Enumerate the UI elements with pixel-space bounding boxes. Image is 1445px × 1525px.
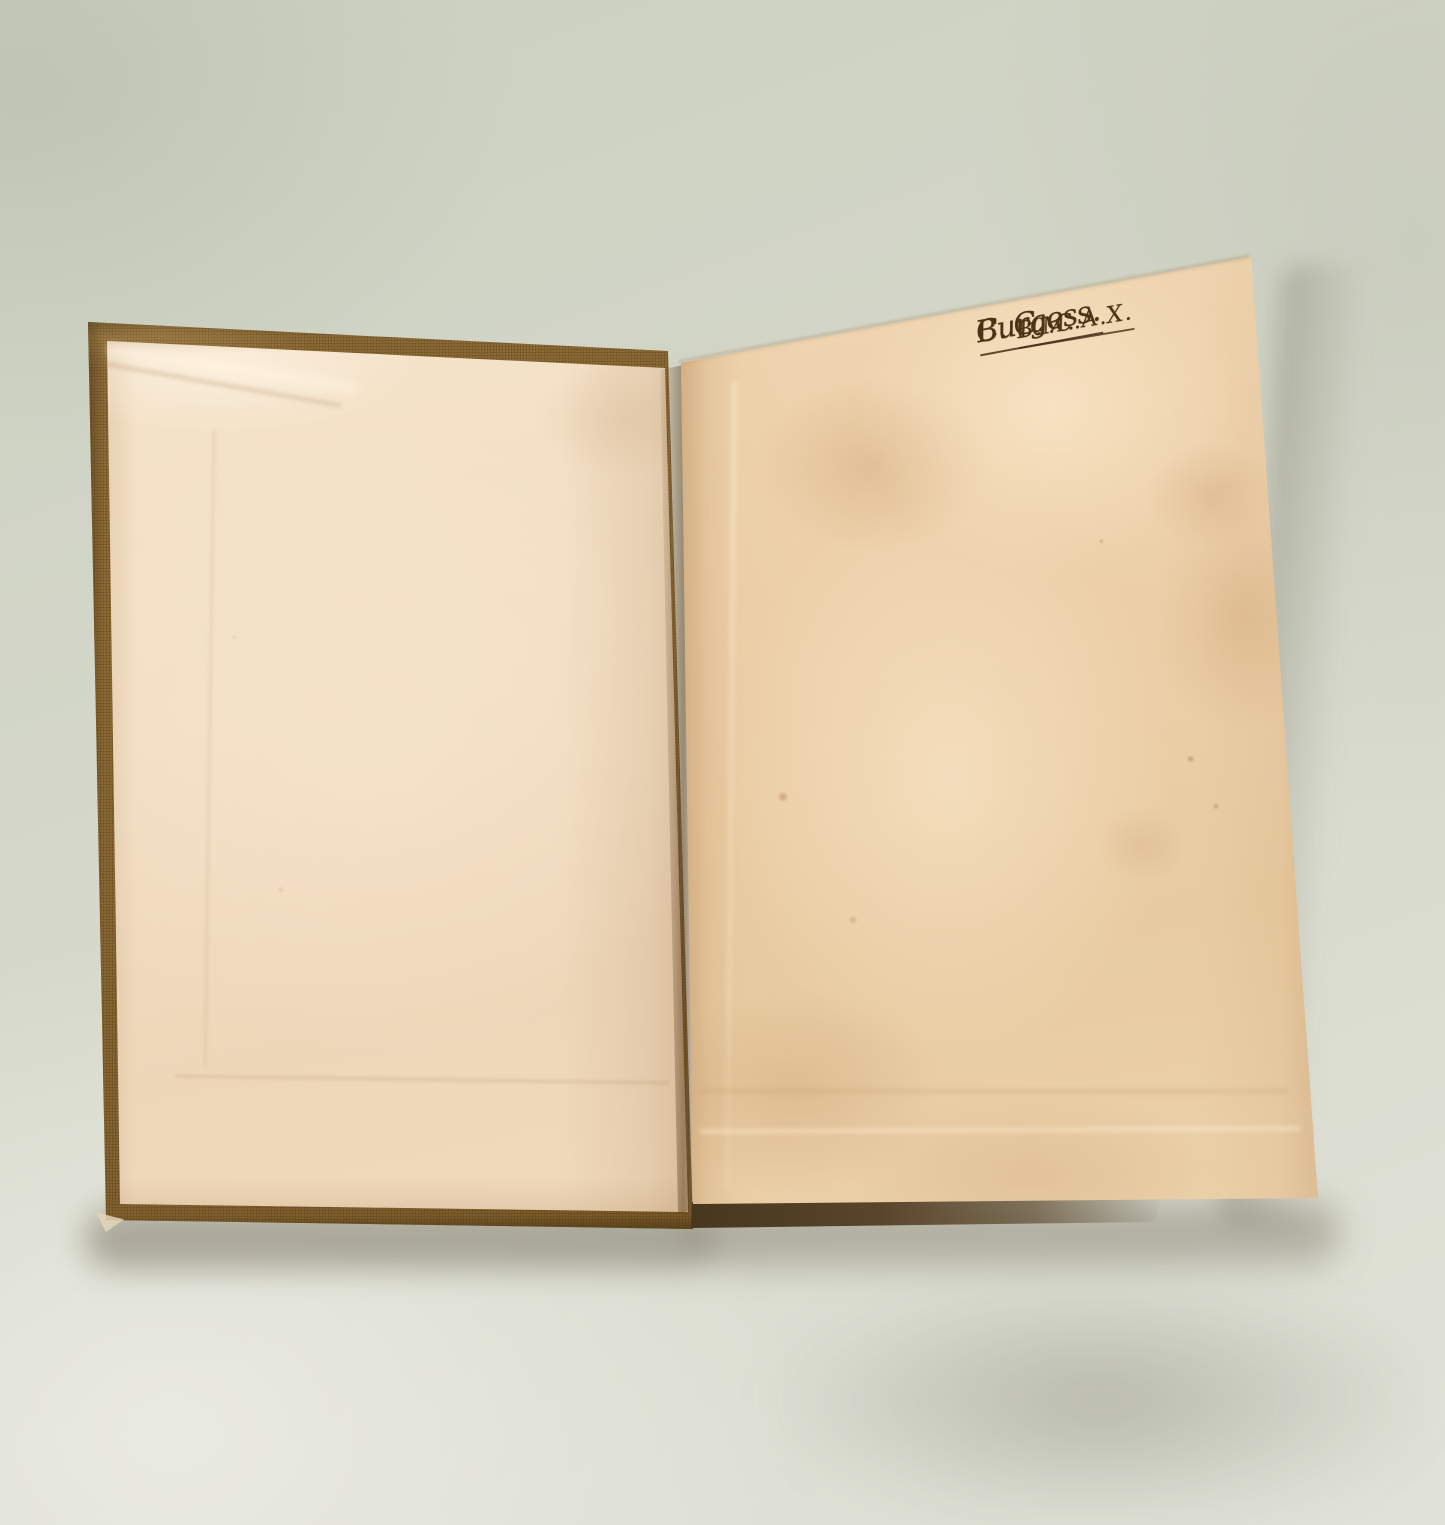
right-free-endpaper-page <box>681 257 1318 1204</box>
photo-of-open-book: C. G. Burgess. B.M. 10.C.A.X. <box>0 0 1445 1525</box>
open-book: C. G. Burgess. B.M. 10.C.A.X. <box>0 0 1445 1525</box>
paper-cockle-line-dark <box>698 1090 1288 1093</box>
